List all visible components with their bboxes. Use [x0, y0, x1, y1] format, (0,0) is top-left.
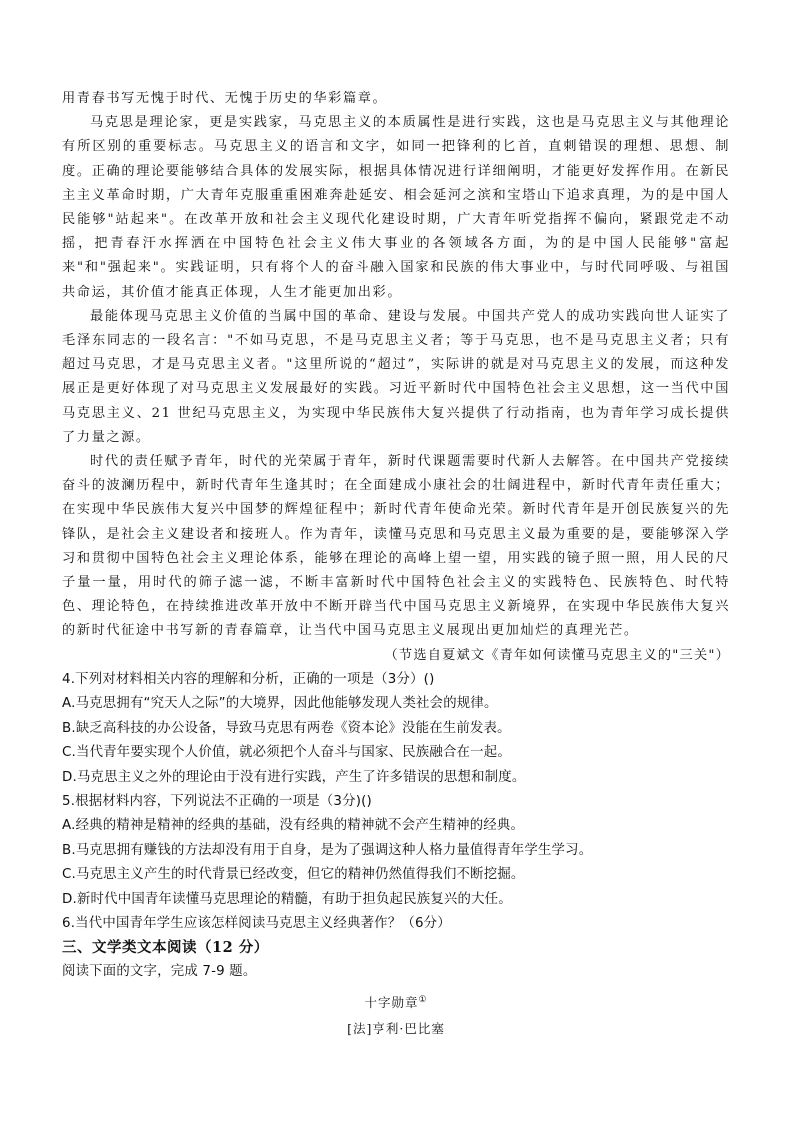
exam-page: 用青春书写无愧于时代、无愧于历史的华彩篇章。 马克思是理论家，更是实践家，马克思…	[62, 87, 730, 1042]
option-d: D.马克思主义之外的理论由于没有进行实践，产生了许多错误的思想和制度。	[62, 766, 730, 790]
option-c: C.当代青年要实现个人价值，就必须把个人奋斗与国家、民族融合在一起。	[62, 741, 730, 765]
passage-paragraph-2: 最能体现马克思主义价值的当属中国的革命、建设与发展。中国共产党人的成功实践向世人…	[62, 305, 730, 450]
passage-paragraph-3: 时代的责任赋予青年，时代的光荣属于青年，新时代课题需要时代新人去解答。在中国共产…	[62, 450, 730, 644]
option-a: A.马克思拥有“究天人之际”的大境界，因此他能够发现人类社会的规律。	[62, 692, 730, 716]
question-5: 5.根据材料内容，下列说法不正确的一项是（3分)() A.经典的精神是精神的经典…	[62, 790, 730, 912]
question-stem: 6.当代中国青年学生应该怎样阅读马克思主义经典著作？（6分）	[62, 912, 730, 936]
question-stem: 4.下列对材料相关内容的理解和分析，正确的一项是（3分）()	[62, 668, 730, 692]
story-title-text: 十字勋章	[364, 995, 418, 1010]
option-d: D.新时代中国青年读懂马克思理论的精髓，有助于担负起民族复兴的大任。	[62, 888, 730, 912]
question-6: 6.当代中国青年学生应该怎样阅读马克思主义经典著作？（6分）	[62, 912, 730, 936]
option-a: A.经典的精神是精神的经典的基础，没有经典的精神就不会产生精神的经典。	[62, 814, 730, 838]
story-author: [法]亨利·巴比塞	[62, 1016, 730, 1042]
option-c: C.马克思主义产生的时代背景已经改变，但它的精神仍然值得我们不断挖掘。	[62, 863, 730, 887]
section-instruction: 阅读下面的文字，完成 7-9 题。	[62, 960, 730, 984]
passage-continuation: 用青春书写无愧于时代、无愧于历史的华彩篇章。	[62, 87, 730, 111]
question-stem: 5.根据材料内容，下列说法不正确的一项是（3分)()	[62, 790, 730, 814]
option-b: B.马克思拥有赚钱的方法却没有用于自身，是为了强调这种人格力量值得青年学生学习。	[62, 839, 730, 863]
passage-paragraph-1: 马克思是理论家，更是实践家，马克思主义的本质属性是进行实践，这也是马克思主义与其…	[62, 111, 730, 305]
passage-citation: （节选自夏斌文《青年如何读懂马克思主义的"三关"）	[62, 644, 730, 668]
story-title: 十字勋章①	[62, 987, 730, 1016]
section-heading: 三、文学类文本阅读（12 分）	[62, 936, 730, 960]
option-b: B.缺乏高科技的办公设备，导致马克思有两卷《资本论》没能在生前发表。	[62, 717, 730, 741]
footnote-marker: ①	[418, 995, 427, 1005]
question-4: 4.下列对材料相关内容的理解和分析，正确的一项是（3分）() A.马克思拥有“究…	[62, 668, 730, 790]
